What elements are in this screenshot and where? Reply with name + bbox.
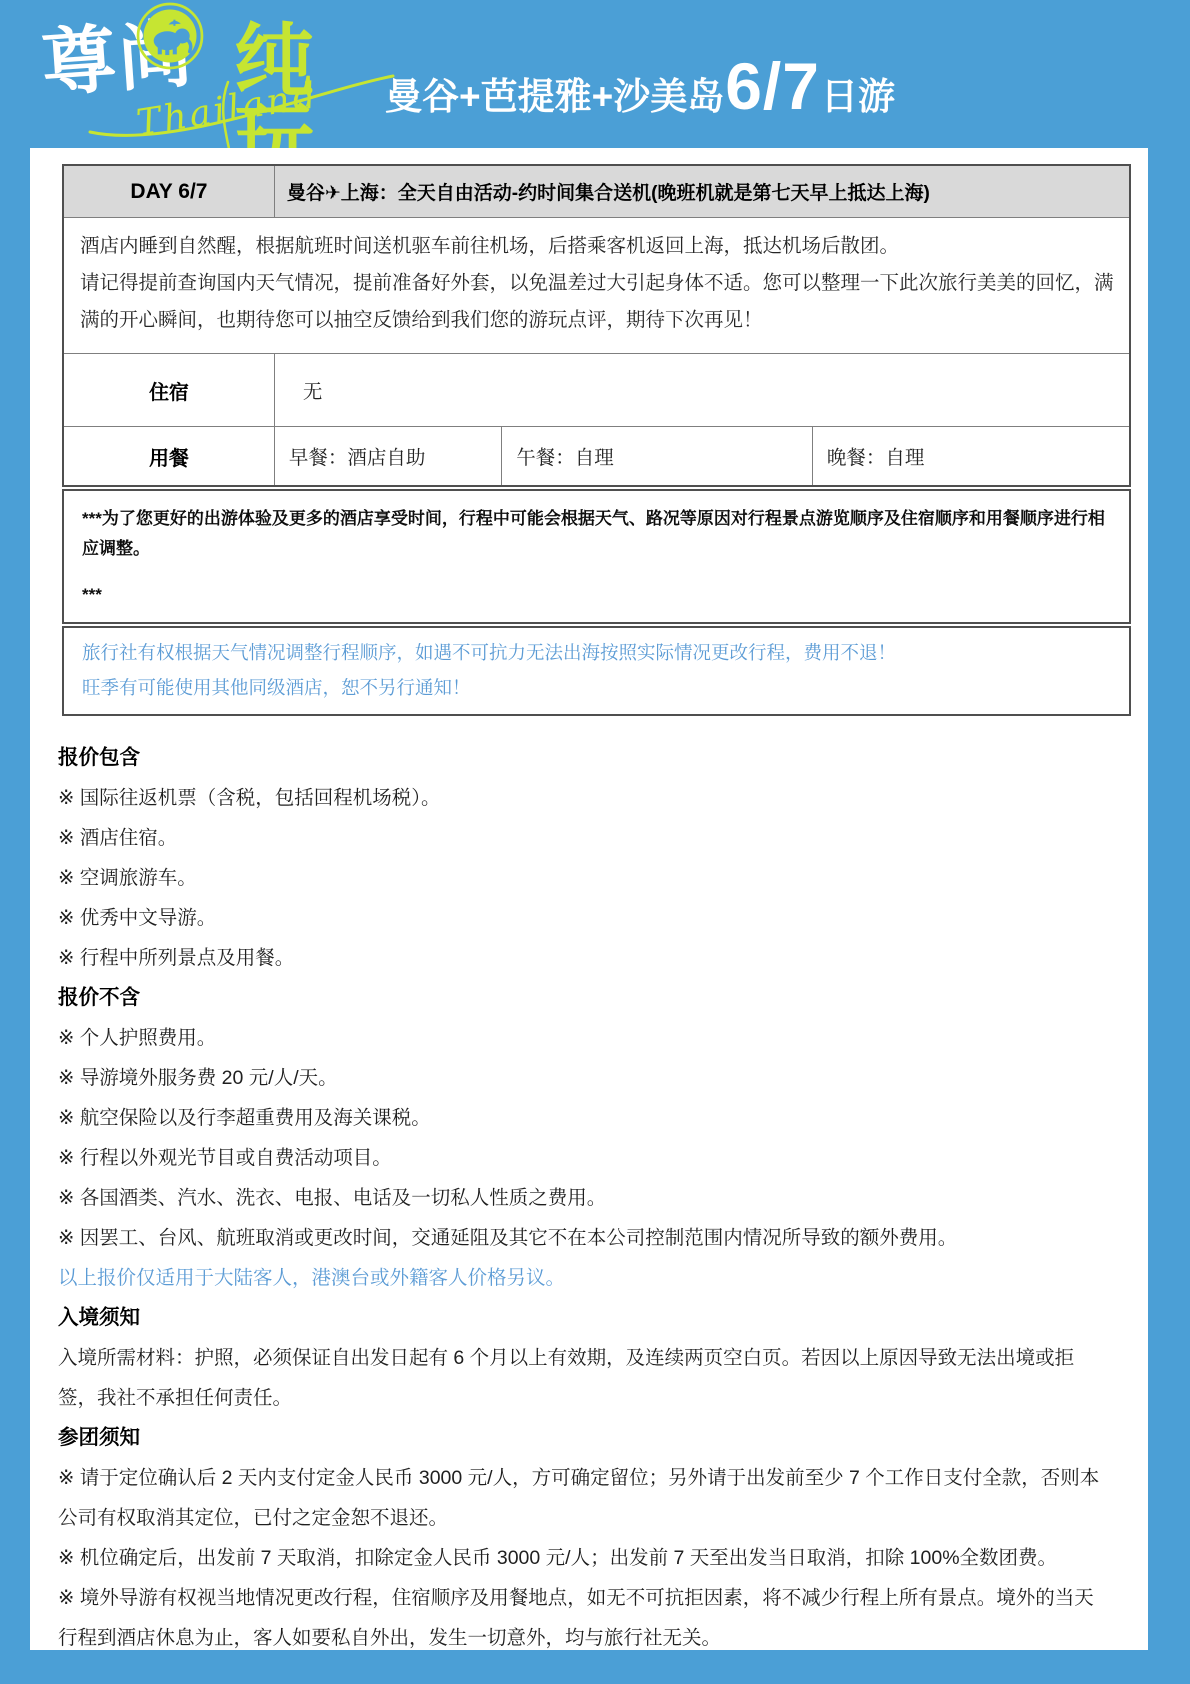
description-paragraph-1: 酒店内睡到自然醒，根据航班时间送机驱车前往机场，后搭乘客机返回上海，抵达机场后散… bbox=[80, 228, 1115, 265]
itinerary-header-row: DAY 6/7 曼谷✈上海：全天自由活动-约时间集合送机(晚班机就是第七天早上抵… bbox=[63, 165, 1130, 218]
meal-dinner: 晚餐：自理 bbox=[812, 427, 1130, 487]
page-title-days: 6/7 bbox=[725, 48, 820, 124]
list-item: ※ 国际往返机票（含税，包括回程机场税）。 bbox=[58, 778, 1108, 818]
adjustment-notice-box: ***为了您更好的出游体验及更多的酒店享受时间，行程中可能会根据天气、路况等原因… bbox=[62, 489, 1131, 624]
list-item: ※ 空调旅游车。 bbox=[58, 858, 1108, 898]
list-item: ※ 请于定位确认后 2 天内支付定金人民币 3000 元/人，方可确定留位；另外… bbox=[58, 1458, 1108, 1538]
section-heading-join-notice: 参团须知 bbox=[58, 1418, 1108, 1458]
terms-sections: 报价包含 ※ 国际往返机票（含税，包括回程机场税）。 ※ 酒店住宿。 ※ 空调旅… bbox=[58, 738, 1108, 1658]
mainland-guest-note: 以上报价仅适用于大陆客人，港澳台或外籍客人价格另议。 bbox=[58, 1258, 1108, 1298]
brand-header: 尊尚 纯玩 bbox=[0, 0, 1190, 148]
page-title-suffix: 日游 bbox=[821, 66, 895, 120]
list-item: ※ 境外导游有权视当地情况更改行程，住宿顺序及用餐地点，如无不可抗拒因素，将不减… bbox=[58, 1578, 1108, 1658]
list-item: ※ 航空保险以及行李超重费用及海关课税。 bbox=[58, 1098, 1108, 1138]
lodging-value: 无 bbox=[274, 354, 1130, 427]
day-label: DAY 6/7 bbox=[63, 165, 274, 218]
agency-notice-box: 旅行社有权根据天气情况调整行程顺序，如遇不可抗力无法出海按照实际情况更改行程，费… bbox=[62, 626, 1131, 716]
meal-lunch: 午餐：自理 bbox=[502, 427, 813, 487]
agency-notice-line: 旅行社有权根据天气情况调整行程顺序，如遇不可抗力无法出海按照实际情况更改行程，费… bbox=[82, 636, 1111, 669]
lodging-label: 住宿 bbox=[63, 354, 274, 427]
entry-notice-text: 入境所需材料：护照，必须保证自出发日起有 6 个月以上有效期，及连续两页空白页。… bbox=[58, 1338, 1108, 1418]
itinerary-description: 酒店内睡到自然醒，根据航班时间送机驱车前往机场，后搭乘客机返回上海，抵达机场后散… bbox=[63, 218, 1130, 354]
meal-breakfast: 早餐：酒店自助 bbox=[274, 427, 501, 487]
description-paragraph-2: 请记得提前查询国内天气情况，提前准备好外套，以免温差过大引起身体不适。您可以整理… bbox=[80, 265, 1115, 339]
list-item: ※ 导游境外服务费 20 元/人/天。 bbox=[58, 1058, 1108, 1098]
list-item: ※ 各国酒类、汽水、洗衣、电报、电话及一切私人性质之费用。 bbox=[58, 1178, 1108, 1218]
list-item: ※ 因罢工、台风、航班取消或更改时间，交通延阻及其它不在本公司控制范围内情况所导… bbox=[58, 1218, 1108, 1258]
agency-notice-line: 旺季有可能使用其他同级酒店，恕不另行通知！ bbox=[82, 671, 1111, 704]
day-title: 曼谷✈上海：全天自由活动-约时间集合送机(晚班机就是第七天早上抵达上海) bbox=[274, 165, 1130, 218]
section-heading-entry-notice: 入境须知 bbox=[58, 1298, 1108, 1338]
list-item: ※ 优秀中文导游。 bbox=[58, 898, 1108, 938]
document-panel: DAY 6/7 曼谷✈上海：全天自由活动-约时间集合送机(晚班机就是第七天早上抵… bbox=[30, 148, 1148, 1650]
meals-label: 用餐 bbox=[63, 427, 274, 487]
section-heading-quote-exclude: 报价不含 bbox=[58, 978, 1108, 1018]
itinerary-description-row: 酒店内睡到自然醒，根据航班时间送机驱车前往机场，后搭乘客机返回上海，抵达机场后散… bbox=[63, 218, 1130, 354]
list-item: ※ 机位确定后，出发前 7 天取消，扣除定金人民币 3000 元/人；出发前 7… bbox=[58, 1538, 1108, 1578]
brand-logo: 尊尚 纯玩 bbox=[38, 0, 378, 148]
page-title: 曼谷+芭提雅+沙美岛 6/7 日游 bbox=[385, 48, 895, 124]
page-title-destinations: 曼谷+芭提雅+沙美岛 bbox=[385, 66, 724, 120]
lodging-row: 住宿 无 bbox=[63, 354, 1130, 427]
list-item: ※ 酒店住宿。 bbox=[58, 818, 1108, 858]
section-heading-quote-include: 报价包含 bbox=[58, 738, 1108, 778]
list-item: ※ 行程以外观光节目或自费活动项目。 bbox=[58, 1138, 1108, 1178]
elephant-icon bbox=[136, 2, 204, 70]
adjustment-notice-text: ***为了您更好的出游体验及更多的酒店享受时间，行程中可能会根据天气、路况等原因… bbox=[82, 504, 1111, 564]
adjustment-notice-suffix: *** bbox=[82, 580, 1111, 610]
list-item: ※ 行程中所列景点及用餐。 bbox=[58, 938, 1108, 978]
list-item: ※ 个人护照费用。 bbox=[58, 1018, 1108, 1058]
meals-row: 用餐 早餐：酒店自助 午餐：自理 晚餐：自理 bbox=[63, 427, 1130, 487]
itinerary-table: DAY 6/7 曼谷✈上海：全天自由活动-约时间集合送机(晚班机就是第七天早上抵… bbox=[62, 164, 1131, 487]
